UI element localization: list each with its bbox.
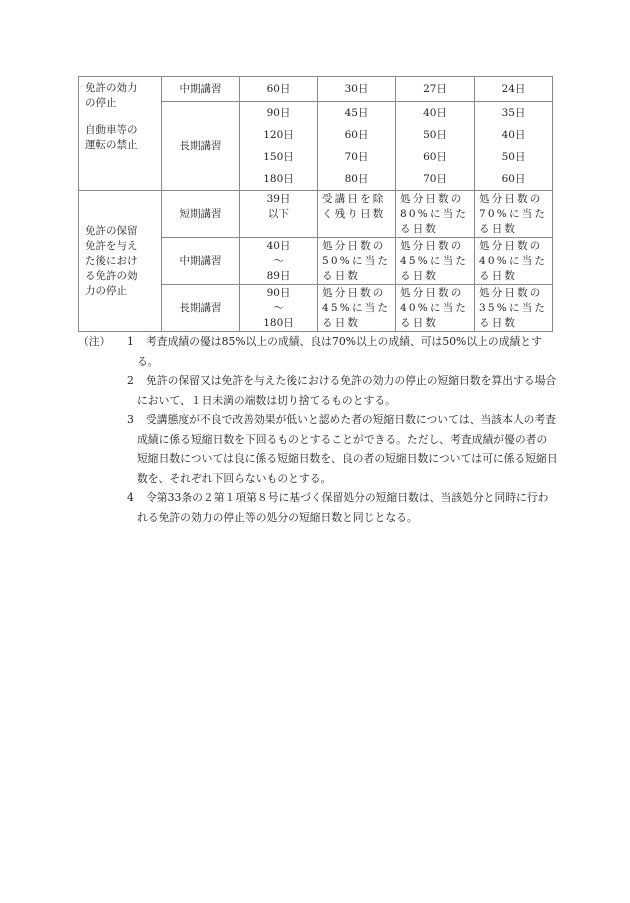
value-cell: 処分日数の45%に当たる日数 [396, 238, 475, 285]
value-cell: 処分日数の40%に当たる日数 [396, 285, 475, 332]
value-cell: 処分日数の35%に当たる日数 [475, 285, 553, 332]
note-text: 考査成績の優は85%以上の成績、良は70%以上の成績、可は50%以上の成績とする… [137, 335, 542, 368]
note-text: 免許の保留又は免許を与えた後における免許の効力の停止の短縮日数を算出する場合にお… [137, 374, 556, 407]
value-cell: 24日 [475, 77, 553, 102]
value-cell: 処分日数の70%に当たる日数 [475, 191, 553, 238]
category-cell-provisional: 免許の保留 免許を与え た後におけ る免許の効 力の停止 [79, 191, 162, 332]
value-cell: 受講日を除く残り日数 [318, 191, 396, 238]
note-text: 受講態度が不良で改善効果が低いと認めた者の短縮日数については、当該本人の考査成績… [137, 413, 558, 485]
days-cell: 39日 以下 [240, 191, 318, 238]
note-item: 1考査成績の優は85%以上の成績、良は70%以上の成績、可は50%以上の成績とす… [78, 332, 558, 371]
value-cell: 45日 60日 70日 80日 [318, 102, 396, 191]
value-cell: 27日 [396, 77, 475, 102]
table-row: 免許の効力 の停止 自動車等の 運転の禁止 中期講習 60日 30日 27日 2… [79, 77, 553, 102]
note-item: 4令第33条の２第１項第８号に基づく保留処分の短縮日数は、当該処分と同時に行われ… [78, 488, 558, 527]
days-cell: 90日 ～ 180日 [240, 285, 318, 332]
note-number: 3 [127, 410, 146, 430]
course-cell: 短期講習 [162, 191, 240, 238]
days-cell: 40日 ～ 89日 [240, 238, 318, 285]
course-cell: 長期講習 [162, 102, 240, 191]
note-text: 令第33条の２第１項第８号に基づく保留処分の短縮日数は、当該処分と同時に行われる… [137, 491, 548, 524]
course-cell: 中期講習 [162, 238, 240, 285]
value-cell: 処分日数の40%に当たる日数 [475, 238, 553, 285]
notes-section: （注） 1考査成績の優は85%以上の成績、良は70%以上の成績、可は50%以上の… [78, 332, 558, 527]
days-cell: 60日 [240, 77, 318, 102]
course-cell: 長期講習 [162, 285, 240, 332]
note-item: 3受講態度が不良で改善効果が低いと認めた者の短縮日数については、当該本人の考査成… [78, 410, 558, 488]
value-cell: 処分日数の80%に当たる日数 [396, 191, 475, 238]
note-number: 4 [127, 488, 146, 508]
value-cell: 処分日数の50%に当たる日数 [318, 238, 396, 285]
table-row: 免許の保留 免許を与え た後におけ る免許の効 力の停止 短期講習 39日 以下… [79, 191, 553, 238]
course-cell: 中期講習 [162, 77, 240, 102]
value-cell: 40日 50日 60日 70日 [396, 102, 475, 191]
note-number: 1 [127, 332, 146, 352]
category-cell-suspension: 免許の効力 の停止 自動車等の 運転の禁止 [79, 77, 162, 191]
days-cell: 90日 120日 150日 180日 [240, 102, 318, 191]
value-cell: 30日 [318, 77, 396, 102]
document-page: 免許の効力 の停止 自動車等の 運転の禁止 中期講習 60日 30日 27日 2… [0, 0, 630, 903]
value-cell: 35日 40日 50日 60日 [475, 102, 553, 191]
note-item: 2免許の保留又は免許を与えた後における免許の効力の停止の短縮日数を算出する場合に… [78, 371, 558, 410]
value-cell: 処分日数の45%に当たる日数 [318, 285, 396, 332]
shortening-days-table: 免許の効力 の停止 自動車等の 運転の禁止 中期講習 60日 30日 27日 2… [78, 76, 553, 332]
note-number: 2 [127, 371, 146, 391]
